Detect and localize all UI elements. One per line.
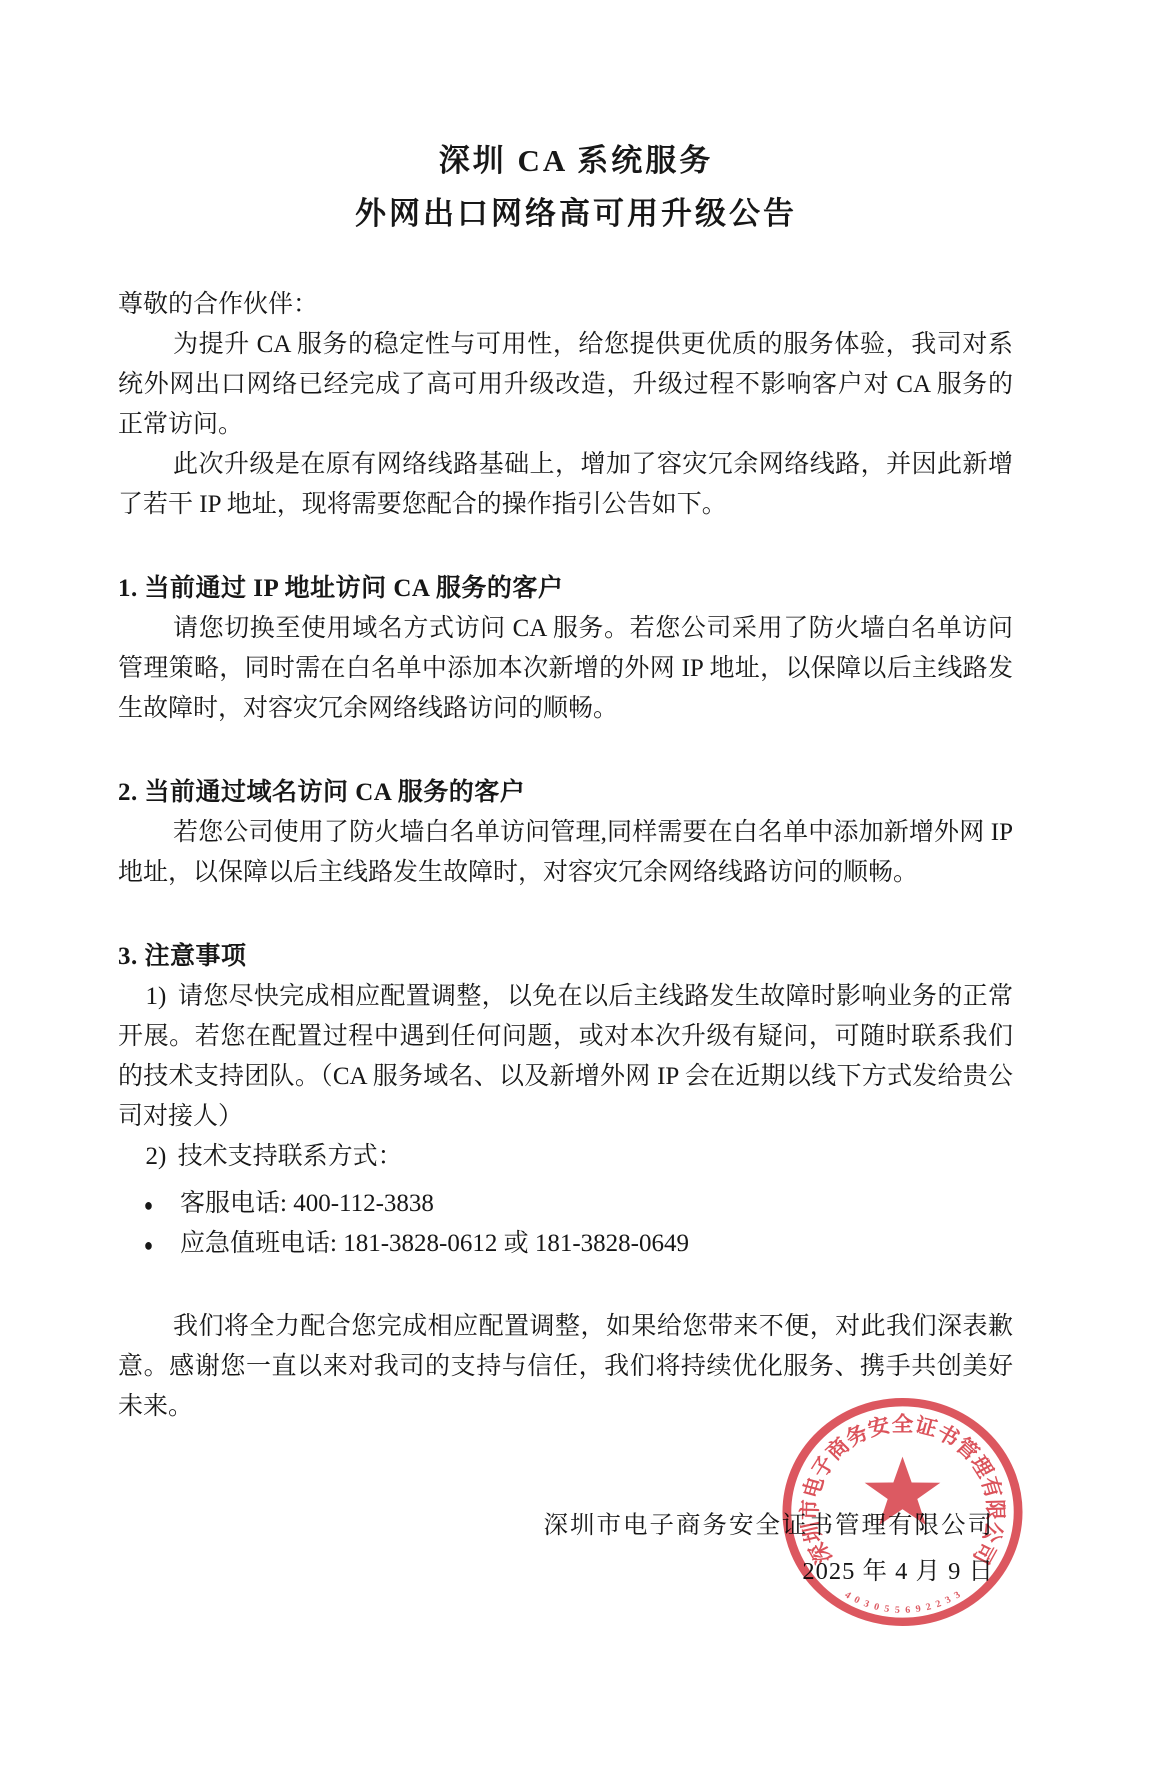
note-item-2-text: 技术支持联系方式：: [178, 1143, 403, 1170]
contact-bullet-customer-service: ● 客服电话: 400-112-3838: [118, 1184, 1013, 1224]
stamp-glyph: 2: [925, 1601, 933, 1613]
stamp-glyph: 0: [852, 1594, 862, 1606]
stamp-glyph: 2: [934, 1598, 943, 1610]
doc-title-line1: 深圳 CA 系统服务: [118, 134, 1034, 187]
greeting-line: 尊敬的合作伙伴：: [118, 285, 1013, 325]
bullet-dot-icon: ●: [144, 1225, 153, 1265]
stamp-glyph: 限: [982, 1499, 1007, 1520]
intro-paragraph-2: 此次升级是在原有网络线路基础上，增加了容灾冗余网络线路，并因此新增了若干 IP …: [118, 445, 1013, 525]
emergency-phone: 应急值班电话: 181-3828-0612 或 181-3828-0649: [180, 1230, 689, 1257]
section-2-body: 若您公司使用了防火墙白名单访问管理,同样需要在白名单中添加新增外网 IP 地址，…: [118, 813, 1013, 893]
note-item-2-label: 2): [146, 1143, 167, 1170]
customer-service-phone: 客服电话: 400-112-3838: [180, 1190, 434, 1217]
note-item-1-label: 1): [146, 983, 167, 1010]
stamp-glyph: 全: [892, 1411, 915, 1435]
intro-paragraph-1: 为提升 CA 服务的稳定性与可用性，给您提供更优质的服务体验，我司对系统外网出口…: [118, 325, 1013, 445]
stamp-glyph: 4: [842, 1590, 852, 1602]
stamp-glyph: 5: [883, 1604, 890, 1615]
section-1-heading: 1. 当前通过 IP 地址访问 CA 服务的客户: [118, 569, 1013, 609]
stamp-star: [865, 1457, 941, 1525]
section-2-heading: 2. 当前通过域名访问 CA 服务的客户: [118, 773, 1013, 813]
note-item-1-text: 请您尽快完成相应配置调整，以免在以后主线路发生故障时影响业务的正常开展。若您在配…: [118, 983, 1013, 1130]
section-3-heading: 3. 注意事项: [118, 937, 1013, 977]
doc-title-line2: 外网出口网络高可用升级公告: [118, 187, 1034, 240]
document-title: 深圳 CA 系统服务 外网出口网络高可用升级公告: [118, 134, 1034, 240]
stamp-glyph: 9: [915, 1604, 922, 1615]
note-item-2: 2)技术支持联系方式：: [118, 1137, 1013, 1177]
contact-bullet-list: ● 客服电话: 400-112-3838 ● 应急值班电话: 181-3828-…: [118, 1184, 1013, 1264]
document-page: 深圳 CA 系统服务 外网出口网络高可用升级公告 尊敬的合作伙伴： 为提升 CA…: [0, 0, 1152, 1777]
section-1-body: 请您切换至使用域名方式访问 CA 服务。若您公司采用了防火墙白名单访问管理策略，…: [118, 609, 1013, 729]
stamp-glyph: 3: [943, 1594, 953, 1606]
stamp-glyph: 市: [797, 1499, 822, 1520]
stamp-glyph: 5: [894, 1605, 900, 1616]
stamp-glyph: 圳: [798, 1519, 827, 1544]
note-item-1: 1)请您尽快完成相应配置调整，以免在以后主线路发生故障时影响业务的正常开展。若您…: [118, 977, 1013, 1137]
contact-bullet-emergency: ● 应急值班电话: 181-3828-0612 或 181-3828-0649: [118, 1224, 1013, 1264]
bullet-dot-icon: ●: [144, 1185, 153, 1225]
stamp-glyph: 0: [873, 1601, 881, 1613]
stamp-glyph: 6: [905, 1605, 911, 1616]
stamp-glyph: 3: [952, 1590, 962, 1602]
company-stamp: 深圳市电子商务安全证书管理有限公司403055692233: [773, 1389, 1032, 1635]
stamp-glyph: 3: [862, 1598, 871, 1610]
